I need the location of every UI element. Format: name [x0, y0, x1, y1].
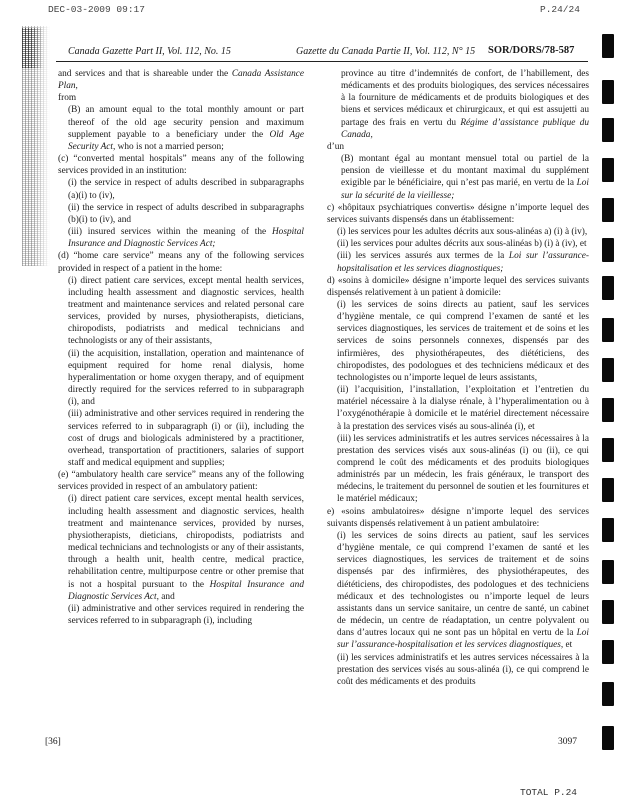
paragraph-text-tail: and [159, 592, 175, 602]
binding-hole-mark [602, 600, 614, 624]
paragraph-text: (iii) les services assurés aux termes de… [337, 251, 509, 261]
english-column: and services and that is shareable under… [58, 68, 304, 627]
folio-bracketed-page: [36] [45, 737, 61, 747]
fax-total-pages: TOTAL P.24 [520, 787, 577, 798]
binding-hole-mark [602, 238, 614, 262]
paragraph: (e) “ambulatory health care service” mea… [58, 469, 304, 493]
paragraph: (ii) l’acquisition, l’installation, l’ex… [327, 384, 589, 433]
paragraph: (i) les services de soins directs au pat… [327, 299, 589, 384]
header-rule [56, 61, 588, 62]
paragraph: and services and that is shareable under… [58, 68, 304, 92]
paragraph: (i) les services de soins directs au pat… [327, 530, 589, 652]
binding-hole-mark [602, 518, 614, 542]
paragraph-text: d’un [327, 142, 344, 152]
paragraph: (ii) the acquisition, installation, oper… [58, 348, 304, 409]
binding-hole-mark [602, 560, 614, 584]
paragraph: (iii) les services administratifs et les… [327, 433, 589, 506]
binding-hole-mark [602, 318, 614, 342]
paragraph: (B) an amount equal to the total monthly… [58, 104, 304, 153]
paragraph: (i) direct patient care services, except… [58, 275, 304, 348]
binding-hole-mark [602, 276, 614, 300]
paragraph: (iii) insured services within the meanin… [58, 226, 304, 250]
paragraph: (ii) les services administratifs et les … [327, 652, 589, 688]
paragraph-text: (i) les services pour les adultes décrit… [337, 227, 587, 237]
paragraph-text: (e) “ambulatory health care service” mea… [58, 470, 304, 492]
paragraph: (iii) administrative and other services … [58, 408, 304, 469]
binding-hole-mark [602, 726, 614, 750]
paragraph: (c) “converted mental hospitals” means a… [58, 153, 304, 177]
paragraph: d’un [327, 141, 589, 153]
paragraph-text: (ii) les services administratifs et les … [337, 653, 589, 687]
paragraph-text: e) «soins ambulatoires» désigne n’import… [327, 507, 589, 529]
paragraph-text: (d) “home care service” means any of the… [58, 251, 304, 273]
binding-hole-mark [602, 34, 614, 58]
paragraph-text: (iii) administrative and other services … [68, 409, 304, 468]
paragraph: d) «soins à domicile» désigne n’importe … [327, 275, 589, 299]
paragraph-text: (iii) insured services within the meanin… [68, 227, 272, 237]
paragraph: province au titre d’indemnités de confor… [327, 68, 589, 141]
fax-header: DEC-03-2009 09:17 P.24/24 [0, 2, 624, 16]
regulation-reference: SOR/DORS/78-587 [488, 45, 574, 56]
scan-noise-corner [22, 28, 44, 68]
running-head: Canada Gazette Part II, Vol. 112, No. 15… [56, 46, 586, 60]
french-column: province au titre d’indemnités de confor… [327, 68, 589, 688]
paragraph: (d) “home care service” means any of the… [58, 250, 304, 274]
fax-timestamp: DEC-03-2009 09:17 [48, 4, 145, 15]
running-head-french: Gazette du Canada Partie II, Vol. 112, N… [296, 46, 475, 57]
paragraph-text: c) «hôpitaux psychiatriques convertis» d… [327, 203, 589, 225]
folio-page-number: 3097 [558, 737, 577, 747]
running-head-english: Canada Gazette Part II, Vol. 112, No. 15 [68, 46, 231, 57]
paragraph-text: (i) les services de soins directs au pat… [337, 300, 589, 383]
paragraph-text: (c) “converted mental hospitals” means a… [58, 154, 304, 176]
paragraph-text: and services and that is shareable under… [58, 69, 232, 79]
binding-hole-mark [602, 640, 614, 664]
paragraph-text: (ii) l’acquisition, l’installation, l’ex… [337, 385, 589, 431]
paragraph-text: d) «soins à domicile» désigne n’importe … [327, 276, 589, 298]
paragraph-text: (B) montant égal au montant mensuel tota… [341, 154, 589, 188]
paragraph: (B) montant égal au montant mensuel tota… [327, 153, 589, 202]
paragraph-text: (ii) les services pour adultes décrits a… [337, 239, 587, 249]
binding-hole-mark [602, 398, 614, 422]
paragraph-text: (i) les services de soins directs au pat… [337, 531, 589, 638]
binding-hole-mark [602, 198, 614, 222]
paragraph-text: (i) the service in respect of adults des… [68, 178, 304, 200]
paragraph: from [58, 92, 304, 104]
binding-hole-mark [602, 438, 614, 462]
binding-hole-mark [602, 80, 614, 104]
paragraph-text: (iii) les services administratifs et les… [337, 434, 589, 505]
paragraph-text: (i) direct patient care services, except… [68, 494, 304, 589]
paragraph-text: (ii) the acquisition, installation, oper… [68, 349, 304, 408]
binding-hole-mark [602, 158, 614, 182]
binding-hole-mark [602, 118, 614, 142]
paragraph: (ii) the service in respect of adults de… [58, 202, 304, 226]
paragraph: e) «soins ambulatoires» désigne n’import… [327, 506, 589, 530]
paragraph-text: from [58, 93, 76, 103]
paragraph: c) «hôpitaux psychiatriques convertis» d… [327, 202, 589, 226]
paragraph-text: (ii) the service in respect of adults de… [68, 203, 304, 225]
paragraph: (iii) les services assurés aux termes de… [327, 250, 589, 274]
binding-hole-mark [602, 358, 614, 382]
paragraph-text-tail: et [563, 640, 572, 650]
paragraph: (i) direct patient care services, except… [58, 493, 304, 602]
paragraph: (i) the service in respect of adults des… [58, 177, 304, 201]
binding-hole-mark [602, 682, 614, 706]
fax-page-number: P.24/24 [540, 4, 580, 15]
paragraph-text-tail: who is not a married person; [115, 142, 223, 152]
paragraph-text: (i) direct patient care services, except… [68, 276, 304, 347]
paragraph: (i) les services pour les adultes décrit… [327, 226, 589, 238]
paragraph: (ii) administrative and other services r… [58, 603, 304, 627]
paragraph-text: (ii) administrative and other services r… [68, 604, 304, 626]
paragraph: (ii) les services pour adultes décrits a… [327, 238, 589, 250]
binding-hole-mark [602, 478, 614, 502]
